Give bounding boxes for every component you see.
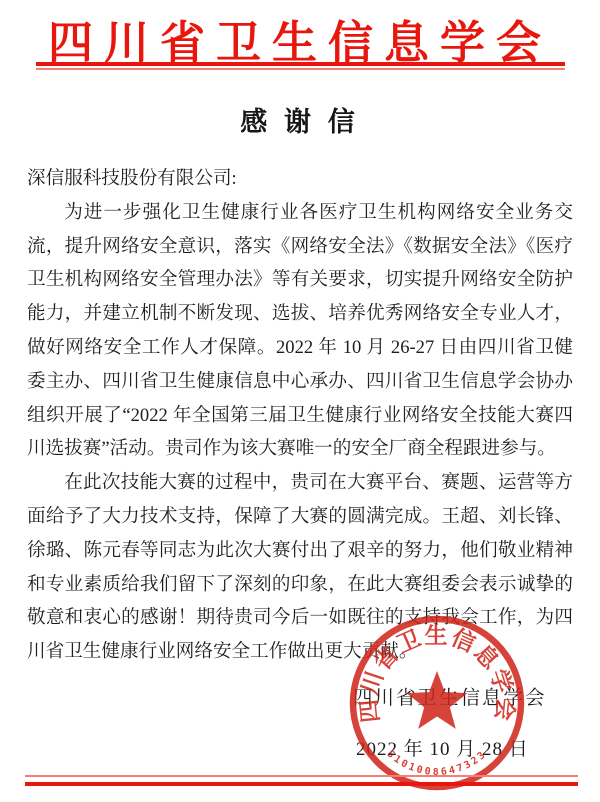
letter-page: 四川省卫生信息学会 感 谢 信 深信服科技股份有限公司: 为进一步强化卫生健康行… [0, 0, 600, 802]
footer-rule-thin [25, 775, 578, 777]
letter-title: 感 谢 信 [0, 100, 600, 139]
letter-paragraph: 为进一步强化卫生健康行业各医疗卫生机构网络安全业务交流，提升网络安全意识，落实《… [27, 196, 573, 466]
footer-rule-thick [25, 782, 578, 786]
letterhead-rule-thin [36, 68, 565, 70]
letter-paragraph: 在此次技能大赛的过程中，贵司在大赛平台、赛题、运营等方面给予了大力技术支持，保障… [27, 466, 573, 669]
signature-org: 四川省卫生信息学会 [353, 682, 547, 710]
letterhead-rule-thick [36, 62, 565, 66]
signature-date: 2022 年 10 月 28 日 [356, 734, 529, 761]
salutation: 深信服科技股份有限公司: [27, 162, 573, 196]
letter-body: 深信服科技股份有限公司: 为进一步强化卫生健康行业各医疗卫生机构网络安全业务交流… [27, 162, 573, 669]
